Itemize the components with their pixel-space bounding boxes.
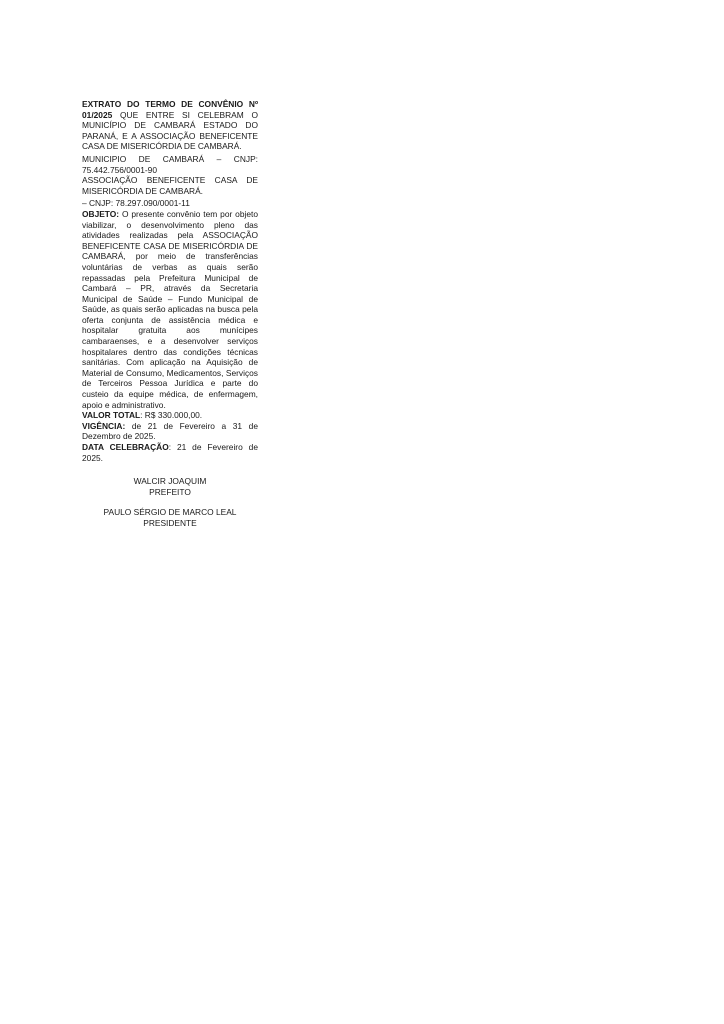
document-heading: EXTRATO DO TERMO DE CONVÊNIO Nº 01/2025 … — [82, 99, 258, 152]
objeto-label: OBJETO: — [82, 209, 119, 219]
signature-role: PREFEITO — [82, 487, 258, 498]
signature-role: PRESIDENTE — [82, 518, 258, 529]
data-celebracao-label: DATA CELEBRAÇÃO — [82, 442, 169, 452]
document-column: EXTRATO DO TERMO DE CONVÊNIO Nº 01/2025 … — [82, 99, 258, 529]
valor-total-section: VALOR TOTAL: R$ 330.000,00. — [82, 410, 258, 421]
signature-presidente: PAULO SÉRGIO DE MARCO LEAL PRESIDENTE — [82, 507, 258, 528]
signature-name: PAULO SÉRGIO DE MARCO LEAL — [82, 507, 258, 518]
party-2-name: ASSOCIAÇÃO BENEFICENTE CASA DE MISERICÓR… — [82, 175, 258, 196]
objeto-section: OBJETO: O presente convênio tem por obje… — [82, 209, 258, 410]
objeto-text: O presente convênio tem por objeto viabi… — [82, 209, 258, 410]
party-1-municipio: MUNICIPIO DE CAMBARÁ – CNJP: 75.442.756/… — [82, 154, 258, 175]
signature-prefeito: WALCIR JOAQUIM PREFEITO — [82, 476, 258, 497]
vigencia-label: VIGÊNCIA: — [82, 421, 125, 431]
data-celebracao-section: DATA CELEBRAÇÃO: 21 de Fevereiro de 2025… — [82, 442, 258, 463]
valor-total-value: : R$ 330.000,00. — [140, 410, 202, 420]
party-2-cnpj: – CNJP: 78.297.090/0001-11 — [82, 198, 258, 209]
valor-total-label: VALOR TOTAL — [82, 410, 140, 420]
signature-name: WALCIR JOAQUIM — [82, 476, 258, 487]
vigencia-section: VIGÊNCIA: de 21 de Fevereiro a 31 de Dez… — [82, 421, 258, 442]
